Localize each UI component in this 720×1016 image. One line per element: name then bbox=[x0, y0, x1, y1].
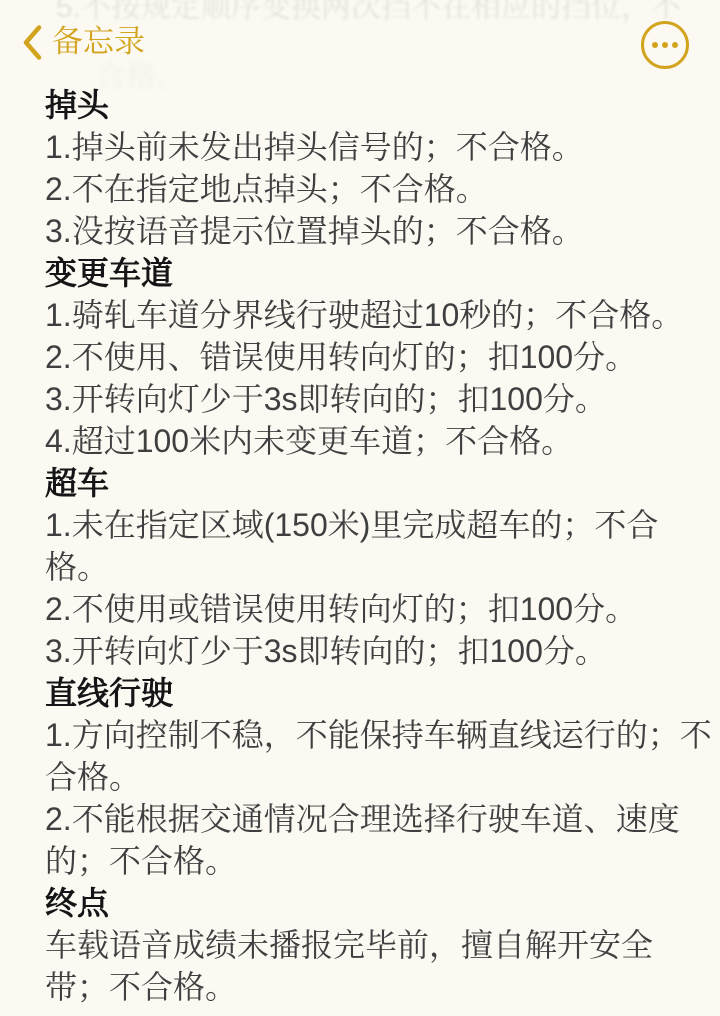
note-line: 格。 bbox=[45, 546, 690, 588]
ellipsis-icon bbox=[652, 42, 658, 48]
note-line: 1.未在指定区域(150米)里完成超车的；不合 bbox=[45, 504, 690, 546]
section-heading: 变更车道 bbox=[45, 252, 690, 294]
note-line: 1.骑轧车道分界线行驶超过10秒的；不合格。 bbox=[45, 294, 690, 336]
note-content[interactable]: 掉头 1.掉头前未发出掉头信号的；不合格。 2.不在指定地点掉头；不合格。 3.… bbox=[45, 84, 690, 1008]
back-button[interactable]: 备忘录 bbox=[22, 22, 145, 62]
note-line: 4.超过100米内未变更车道；不合格。 bbox=[45, 420, 690, 462]
note-line: 车载语音成绩未播报完毕前，擅自解开安全 bbox=[45, 924, 690, 966]
chevron-left-icon bbox=[22, 24, 43, 61]
more-button[interactable] bbox=[641, 21, 689, 69]
note-line: 3.没按语音提示位置掉头的；不合格。 bbox=[45, 210, 690, 252]
note-line: 的；不合格。 bbox=[45, 840, 690, 882]
note-line: 2.不能根据交通情况合理选择行驶车道、速度 bbox=[45, 798, 690, 840]
note-line: 带；不合格。 bbox=[45, 966, 690, 1008]
section-heading: 超车 bbox=[45, 462, 690, 504]
note-line: 1.掉头前未发出掉头信号的；不合格。 bbox=[45, 126, 690, 168]
back-label: 备忘录 bbox=[52, 22, 145, 62]
note-line: 2.不使用或错误使用转向灯的；扣100分。 bbox=[45, 588, 690, 630]
note-line: 2.不使用、错误使用转向灯的；扣100分。 bbox=[45, 336, 690, 378]
note-line: 2.不在指定地点掉头；不合格。 bbox=[45, 168, 690, 210]
ellipsis-icon bbox=[662, 42, 668, 48]
note-line: 3.开转向灯少于3s即转向的；扣100分。 bbox=[45, 630, 690, 672]
ellipsis-icon bbox=[672, 42, 678, 48]
note-line: 合格。 bbox=[45, 756, 690, 798]
note-line: 3.开转向灯少于3s即转向的；扣100分。 bbox=[45, 378, 690, 420]
section-heading: 终点 bbox=[45, 882, 690, 924]
section-heading: 掉头 bbox=[45, 84, 690, 126]
header-bar: 备忘录 bbox=[0, 0, 720, 76]
section-heading: 直线行驶 bbox=[45, 672, 690, 714]
note-line: 1.方向控制不稳，不能保持车辆直线运行的；不 bbox=[45, 714, 690, 756]
